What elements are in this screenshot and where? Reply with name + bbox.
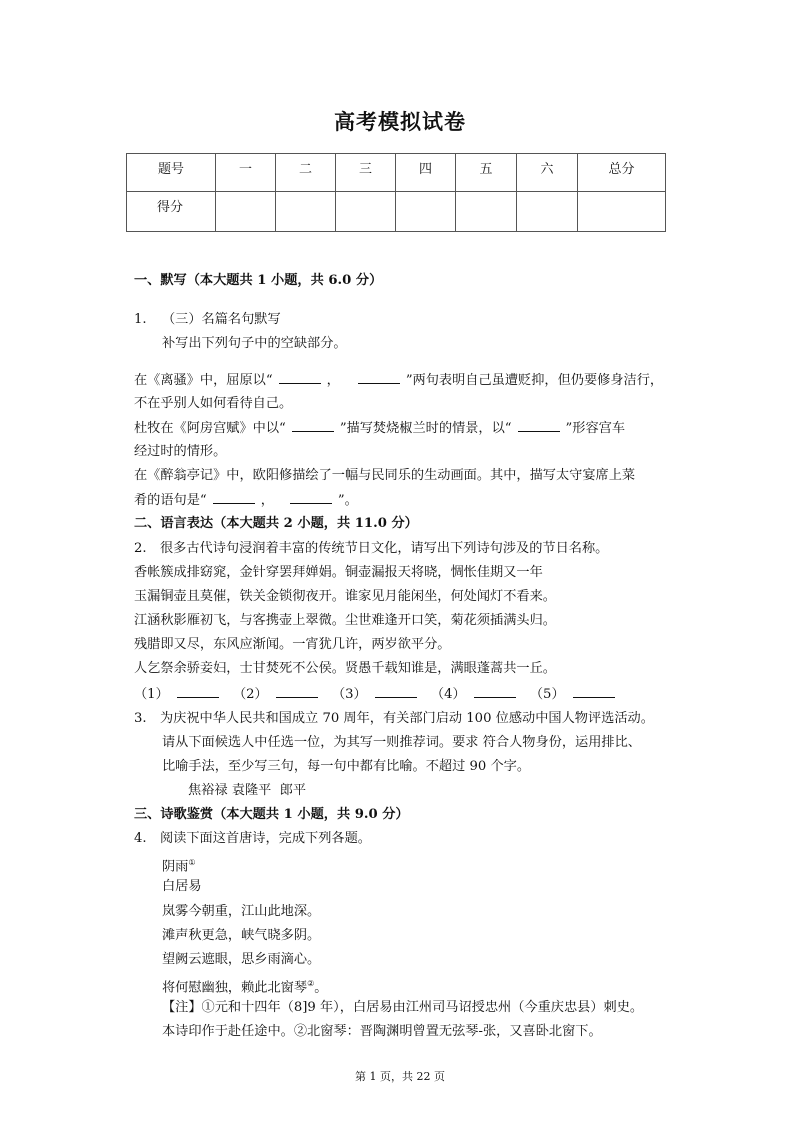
poem-line: 残腊即又尽，东风应渐闻。一宵犹几许，两岁欲平分。 — [134, 636, 451, 654]
answer-label: （3） — [332, 687, 367, 702]
poem-line: 望阙云遮眼，思乡雨滴心。 — [162, 951, 320, 969]
poem-line-text: 将何慰幽独，赖此北窗琴 — [162, 980, 307, 995]
row-label: 得分 — [127, 192, 216, 232]
score-table-header-row: 题号 一 二 三 四 五 六 总分 — [127, 154, 666, 192]
question-number: 4. — [134, 830, 160, 848]
score-cell — [517, 192, 578, 232]
question-3-line-1: 3.为庆祝中华人民共和国成立 70 周年，有关部门启动 100 位感动中国人物评… — [134, 710, 654, 728]
candidate-list: 焦裕禄 袁隆平 郎平 — [188, 782, 306, 800]
question-1-title: 1.（三）名篇名句默写 — [134, 311, 281, 329]
answer-blank[interactable] — [276, 685, 318, 698]
answer-blank[interactable] — [279, 371, 321, 384]
answer-blank[interactable] — [292, 419, 334, 432]
header-cell: 题号 — [127, 154, 216, 192]
footnote-marker: ① — [188, 858, 195, 867]
score-cell — [216, 192, 276, 232]
poem-line: 玉漏铜壶且莫催，铁关金锁彻夜开。谁家见月能闲坐，何处闻灯不看来。 — [134, 588, 556, 606]
score-cell — [456, 192, 517, 232]
answer-blank[interactable] — [375, 685, 417, 698]
question-1-instruction: 补写出下列句子中的空缺部分。 — [162, 335, 347, 353]
poem-title: 阴雨① — [162, 854, 196, 876]
q1-line-4: 经过时的情形。 — [134, 443, 226, 461]
text: ”两句表明自己虽遭贬抑，但仍要修身洁行， — [406, 373, 663, 388]
section-heading-1: 一、默写（本大题共 1 小题，共 6.0 分） — [134, 272, 382, 290]
question-number: 3. — [134, 710, 160, 728]
question-text: 很多古代诗句浸润着丰富的传统节日文化，请写出下列诗句涉及的节日名称。 — [160, 541, 608, 556]
question-3-line-3: 比喻手法，至少写三句，每一句中都有比喻。不超过 90 个字。 — [162, 758, 530, 776]
answer-blank[interactable] — [573, 685, 615, 698]
question-number: 1. — [134, 311, 160, 329]
poem-line: 岚雾今朝重，江山此地深。 — [162, 903, 320, 921]
score-cell — [336, 192, 396, 232]
answer-blank[interactable] — [213, 491, 255, 504]
q1-line-5: 在《醉翁亭记》中，欧阳修描绘了一幅与民同乐的生动画面。其中，描写太守宴席上菜 — [134, 467, 635, 485]
q1-line-6: 肴的语句是“，”。 — [134, 491, 358, 510]
poem-title-text: 阴雨 — [162, 859, 188, 874]
poem-author: 白居易 — [162, 878, 202, 896]
q1-line-3: 杜牧在《阿房宫赋》中以“”描写焚烧椒兰时的情景，以“”形容宫车 — [134, 419, 625, 438]
answer-blank[interactable] — [518, 419, 560, 432]
page-title: 高考模拟试卷 — [0, 106, 800, 136]
answer-label: （1） — [134, 687, 169, 702]
question-2-prompt: 2.很多古代诗句浸润着丰富的传统节日文化，请写出下列诗句涉及的节日名称。 — [134, 540, 608, 558]
text: ”描写焚烧椒兰时的情景，以“ — [340, 421, 512, 436]
text: ”。 — [338, 493, 358, 508]
section-heading-2: 二、语言表达（本大题共 2 小题，共 11.0 分） — [134, 515, 418, 533]
answer-blank[interactable] — [177, 685, 219, 698]
punctuation: 。 — [314, 980, 327, 995]
question-3-line-2: 请从下面候选人中任选一位，为其写一则推荐词。要求 符合人物身份，运用排比、 — [162, 734, 641, 752]
section-heading-3: 三、诗歌鉴赏（本大题共 1 小题，共 9.0 分） — [134, 806, 409, 824]
text: 肴的语句是“ — [134, 493, 207, 508]
q1-line-1: 在《离骚》中，屈原以“，”两句表明自己虽遭贬抑，但仍要修身洁行， — [134, 371, 663, 390]
header-cell: 四 — [396, 154, 456, 192]
text: 杜牧在《阿房宫赋》中以“ — [134, 421, 286, 436]
question-text: （三）名篇名句默写 — [162, 312, 281, 327]
answer-blank[interactable] — [290, 491, 332, 504]
score-table-score-row: 得分 — [127, 192, 666, 232]
header-cell: 二 — [276, 154, 336, 192]
poem-line: 香帐簇成排窈窕，金针穿罢拜婵娟。铜壶漏报天将晓，惆怅佳期又一年 — [134, 564, 543, 582]
header-cell: 一 — [216, 154, 276, 192]
answer-blank[interactable] — [358, 371, 400, 384]
poem-note-1: 【注】①元和十四年（8]9 年），白居易由江州司马诏授忠州（今重庆忠县）刺史。 — [162, 999, 643, 1017]
question-text: 阅读下面这首唐诗，完成下列各题。 — [160, 831, 371, 846]
text: ， — [327, 373, 340, 388]
poem-line: 人乞祭余骄妾妇，士甘焚死不公侯。贤愚千载知谁是，满眼蓬蒿共一丘。 — [134, 660, 556, 678]
q2-answer-row: （1） （2） （3） （4） （5） — [134, 685, 615, 704]
question-text: 为庆祝中华人民共和国成立 70 周年，有关部门启动 100 位感动中国人物评选活… — [160, 711, 654, 726]
poem-line: 江涵秋影雁初飞，与客携壶上翠微。尘世难逢开口笑，菊花须插满头归。 — [134, 612, 556, 630]
poem-line: 滩声秋更急，峡气晓多阴。 — [162, 927, 320, 945]
text: 在《离骚》中，屈原以“ — [134, 373, 273, 388]
text: ， — [261, 493, 274, 508]
answer-label: （5） — [530, 687, 565, 702]
question-number: 2. — [134, 540, 160, 558]
q1-line-2: 不在乎别人如何看待自己。 — [134, 395, 292, 413]
text: ”形容宫车 — [566, 421, 626, 436]
header-cell: 三 — [336, 154, 396, 192]
header-cell: 总分 — [578, 154, 666, 192]
page-footer: 第 1 页，共 22 页 — [0, 1068, 800, 1084]
answer-label: （4） — [431, 687, 466, 702]
answer-blank[interactable] — [474, 685, 516, 698]
score-cell — [578, 192, 666, 232]
score-table: 题号 一 二 三 四 五 六 总分 得分 — [126, 153, 666, 232]
score-cell — [396, 192, 456, 232]
header-cell: 五 — [456, 154, 517, 192]
question-4-prompt: 4.阅读下面这首唐诗，完成下列各题。 — [134, 830, 371, 848]
answer-label: （2） — [233, 687, 268, 702]
poem-note-2: 本诗印作于赴任途中。②北窗琴：晋陶渊明曾置无弦琴-张，又喜卧北窗下。 — [162, 1023, 602, 1041]
poem-line: 将何慰幽独，赖此北窗琴②。 — [162, 975, 327, 997]
score-cell — [276, 192, 336, 232]
header-cell: 六 — [517, 154, 578, 192]
